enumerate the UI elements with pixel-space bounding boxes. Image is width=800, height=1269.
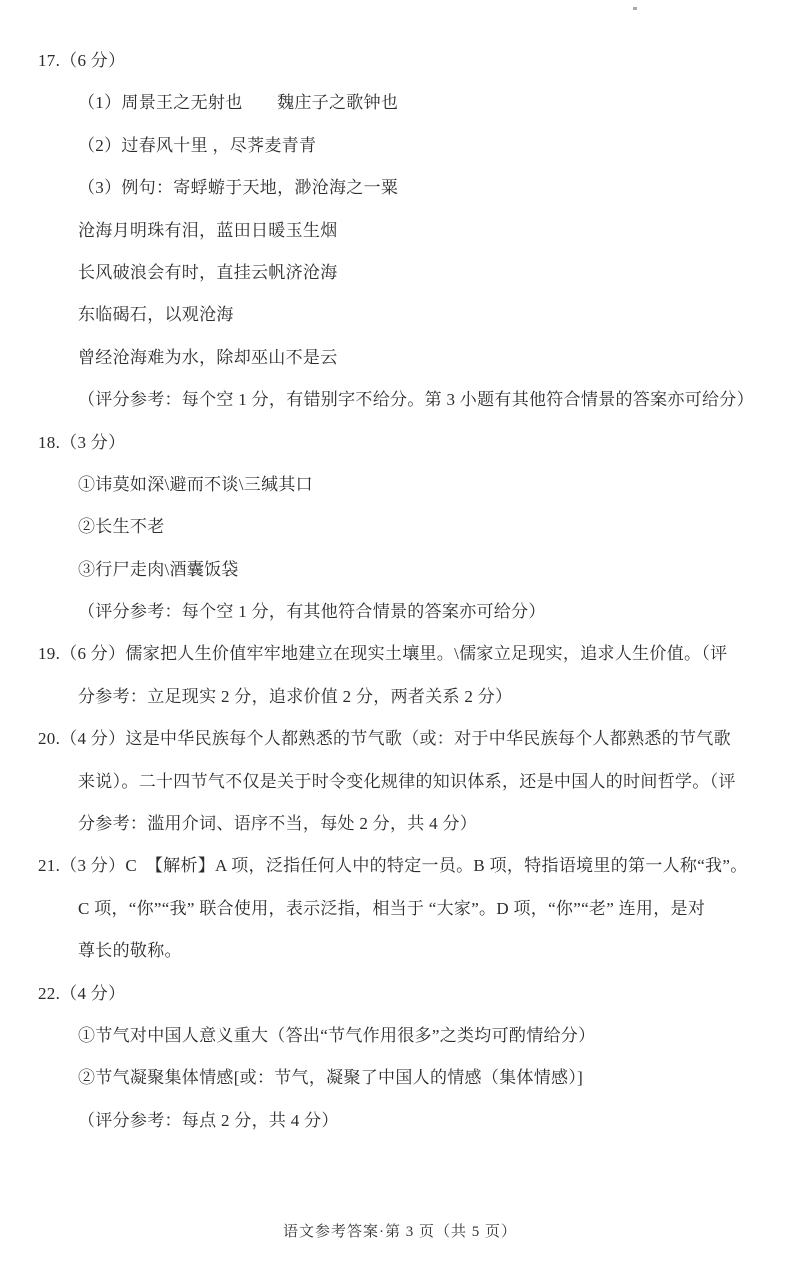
answer-line: ①讳莫如深\避而不谈\三缄其口: [0, 464, 800, 506]
answer-line: （评分参考：每点 2 分，共 4 分）: [0, 1100, 800, 1142]
answer-content: 17.（6 分）（1）周景王之无射也 魏庄子之歌钟也（2）过春风十里 ，尽荠麦青…: [0, 40, 800, 1142]
answer-line: 长风破浪会有时，直挂云帆济沧海: [0, 252, 800, 294]
answer-line: 分参考：滥用介词、语序不当，每处 2 分，共 4 分）: [0, 803, 800, 845]
answer-line: C 项，“你”“我” 联合使用，表示泛指，相当于 “大家”。D 项，“你”“老”…: [0, 888, 800, 930]
answer-line: ①节气对中国人意义重大（答出“节气作用很多”之类均可酌情给分）: [0, 1015, 800, 1057]
page-footer: 语文参考答案·第 3 页（共 5 页）: [0, 1222, 800, 1242]
answer-line: 东临碣石，以观沧海: [0, 294, 800, 336]
question-block-19: 19.（6 分）儒家把人生价值牢牢地建立在现实土壤里。\儒家立足现实，追求人生价…: [0, 633, 800, 718]
answer-line: （评分参考：每个空 1 分，有其他符合情景的答案亦可给分）: [0, 591, 800, 633]
question-block-17: 17.（6 分）（1）周景王之无射也 魏庄子之歌钟也（2）过春风十里 ，尽荠麦青…: [0, 40, 800, 422]
scan-artifact-dot: [633, 7, 637, 10]
question-line: 18.（3 分）: [0, 422, 800, 464]
answer-line: （3）例句：寄蜉蝣于天地，渺沧海之一粟: [0, 167, 800, 209]
question-line: 22.（4 分）: [0, 973, 800, 1015]
answer-line: 尊长的敬称。: [0, 930, 800, 972]
answer-line: 沧海月明珠有泪，蓝田日暖玉生烟: [0, 210, 800, 252]
question-line: 21.（3 分）C 【解析】A 项，泛指任何人中的特定一员。B 项，特指语境里的…: [0, 845, 800, 887]
question-line: 19.（6 分）儒家把人生价值牢牢地建立在现实土壤里。\儒家立足现实，追求人生价…: [0, 633, 800, 675]
answer-line: ②节气凝聚集体情感[或：节气，凝聚了中国人的情感（集体情感）]: [0, 1057, 800, 1099]
answer-line: （评分参考：每个空 1 分，有错别字不给分。第 3 小题有其他符合情景的答案亦可…: [0, 379, 800, 421]
answer-line: ②长生不老: [0, 506, 800, 548]
answer-key-page: 17.（6 分）（1）周景王之无射也 魏庄子之歌钟也（2）过春风十里 ，尽荠麦青…: [0, 0, 800, 1269]
answer-line: 曾经沧海难为水，除却巫山不是云: [0, 337, 800, 379]
answer-line: （2）过春风十里 ，尽荠麦青青: [0, 125, 800, 167]
question-block-18: 18.（3 分）①讳莫如深\避而不谈\三缄其口②长生不老③行尸走肉\酒囊饭袋（评…: [0, 422, 800, 634]
question-line: 20.（4 分）这是中华民族每个人都熟悉的节气歌（或：对于中华民族每个人都熟悉的…: [0, 718, 800, 760]
answer-line: ③行尸走肉\酒囊饭袋: [0, 549, 800, 591]
answer-line: 来说）。二十四节气不仅是关于时令变化规律的知识体系，还是中国人的时间哲学。（评: [0, 761, 800, 803]
question-block-21: 21.（3 分）C 【解析】A 项，泛指任何人中的特定一员。B 项，特指语境里的…: [0, 845, 800, 972]
question-block-22: 22.（4 分）①节气对中国人意义重大（答出“节气作用很多”之类均可酌情给分）②…: [0, 973, 800, 1143]
answer-line: （1）周景王之无射也 魏庄子之歌钟也: [0, 82, 800, 124]
question-block-20: 20.（4 分）这是中华民族每个人都熟悉的节气歌（或：对于中华民族每个人都熟悉的…: [0, 718, 800, 845]
question-line: 17.（6 分）: [0, 40, 800, 82]
answer-line: 分参考：立足现实 2 分，追求价值 2 分，两者关系 2 分）: [0, 676, 800, 718]
